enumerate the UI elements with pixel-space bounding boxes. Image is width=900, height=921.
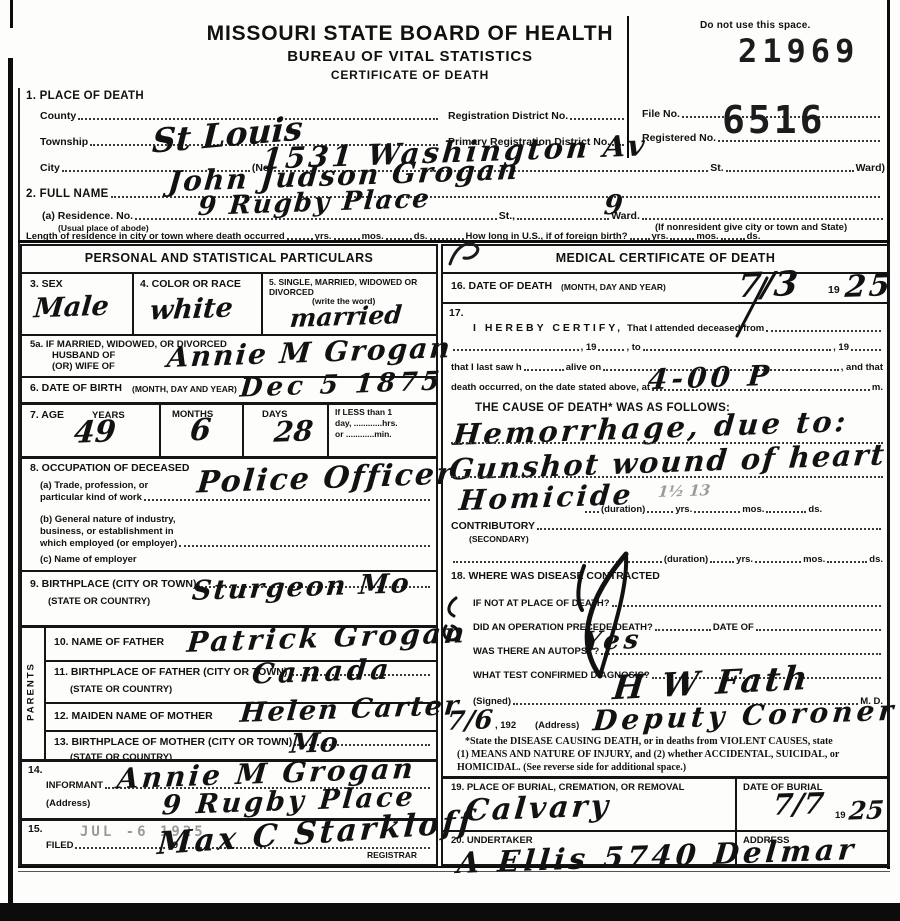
operation-date-label: DATE OF (713, 622, 754, 633)
age-less-line1: If LESS than 1 (335, 407, 392, 417)
residence-tail-dotted-line (642, 216, 883, 220)
contrib-duration-label: (duration) (664, 554, 708, 565)
contrib-dots-4 (827, 559, 867, 563)
footnote-line-3: HOMICIDAL. (See reverse side for additio… (457, 762, 885, 773)
len-yrs-label: yrs. (315, 231, 332, 242)
q18-sub-row: IF NOT AT PLACE OF DEATH? (473, 598, 883, 609)
dob-note: (MONTH, DAY AND YEAR) (132, 384, 237, 394)
date-of-death-year-handwritten: 25 (844, 271, 894, 303)
father-name-label: 10. NAME OF FATHER (54, 636, 164, 648)
contributory-note: (SECONDARY) (469, 534, 529, 544)
spouse-label-3: (OR) WIFE OF (52, 361, 115, 372)
burial-year-prefix: 19 (835, 810, 846, 821)
sex-value-handwritten: Male (33, 293, 110, 323)
cause-dur-dots-1 (647, 509, 673, 513)
residence-label: (a) Residence. No. (42, 210, 133, 222)
registration-district-row: Registration District No. (448, 110, 626, 122)
age-label: 7. AGE (30, 409, 64, 421)
cause-ds-label: ds. (808, 504, 822, 515)
occupation-a-dotted (144, 497, 430, 501)
pen-scribble-date-slash (735, 276, 771, 338)
len-dots-6 (670, 236, 694, 240)
scan-bottom-black-bar (0, 903, 900, 921)
certify-text-4b: m. (872, 382, 883, 393)
ward-dotted-line (726, 168, 854, 172)
full-name-row: 2. FULL NAME (26, 188, 882, 200)
occupation-b-line3: which employed (or employer) (40, 538, 177, 549)
residence-length-label: Length of residence in city or town wher… (26, 231, 285, 242)
township-label: Township (40, 136, 88, 148)
len-dots-5 (630, 236, 650, 240)
mother-birthplace-row: 13. BIRTHPLACE OF MOTHER (CITY OR TOWN) (54, 736, 432, 748)
operation-dots-1 (655, 627, 711, 631)
certify-text-3c: , and that (841, 362, 883, 373)
contrib-dots-2 (710, 559, 734, 563)
certify-text-2c: , 19 (833, 342, 849, 353)
registration-district-dotted-line (570, 116, 624, 120)
sign-address-handwritten: Deputy Coroner (592, 697, 899, 736)
burial-year-handwritten: 25 (848, 797, 885, 823)
father-name-handwritten: Patrick Grogan (186, 619, 469, 657)
dob-label: 6. DATE OF BIRTH (30, 382, 122, 394)
contributory-label: CONTRIBUTORY (451, 520, 535, 532)
len-dots-3 (386, 236, 412, 240)
cause-mos-label: mos. (742, 504, 764, 515)
bureau-subtitle: BUREAU OF VITAL STATISTICS (180, 48, 640, 65)
len-dots-7 (721, 236, 745, 240)
contrib-dots-3 (755, 559, 801, 563)
mother-name-label: 12. MAIDEN NAME OF MOTHER (54, 710, 213, 722)
time-of-death-handwritten: 4-00 P (647, 362, 774, 394)
len-mos-label: mos. (362, 231, 384, 242)
registered-number-stamp: 6516 (722, 98, 826, 142)
contributory-duration-row: (duration) yrs. mos. ds. (451, 554, 883, 565)
date-of-death-note: (MONTH, DAY AND YEAR) (561, 282, 666, 292)
cause-dur-dots-3 (766, 509, 806, 513)
registration-district-label: Registration District No. (448, 110, 568, 122)
full-name-label: 2. FULL NAME (26, 188, 109, 200)
residence-st-label: St., (499, 210, 515, 222)
len-dots-1 (287, 236, 313, 240)
parents-vertical-label: PARENTS (26, 637, 37, 747)
us-yrs-label: yrs. (652, 231, 669, 242)
race-label: 4. COLOR OR RACE (140, 278, 241, 290)
sign-year-prefix: , 192 (495, 720, 516, 731)
occupation-label: 8. OCCUPATION OF DECEASED (30, 462, 189, 474)
certify-number: 17. (449, 307, 464, 319)
occupation-b-line1: (b) General nature of industry, (40, 514, 175, 525)
occupation-b-dotted (179, 543, 430, 547)
certify-text-4a: death occurred, on the date stated above… (451, 382, 650, 393)
mother-birthplace-label: 13. BIRTHPLACE OF MOTHER (CITY OR TOWN) (54, 736, 292, 748)
pen-scribble-medical-header (446, 238, 490, 268)
certify-dots-2d (851, 347, 881, 351)
place-of-death-section-label: 1. PLACE OF DEATH (26, 90, 144, 102)
age-months-handwritten: 6 (189, 416, 212, 447)
father-birthplace-note: (STATE OR COUNTRY) (70, 684, 172, 695)
certify-dots-2c (643, 347, 831, 351)
len-ds-label: ds. (414, 231, 428, 242)
burial-place-handwritten: Calvary (464, 791, 612, 826)
residence-row: (a) Residence. No. St., Ward. (42, 210, 885, 222)
certificate-subtitle: CERTIFICATE OF DEATH (180, 68, 640, 82)
spouse-value-handwritten: Annie M Grogan (166, 334, 453, 372)
age-years-handwritten: 49 (73, 417, 117, 449)
spouse-label-2: HUSBAND OF (52, 350, 115, 361)
operation-dots-2 (756, 627, 881, 631)
birthplace-value-handwritten: Sturgeon Mo (191, 570, 412, 605)
death-certificate-scan: MISSOURI STATE BOARD OF HEALTH BUREAU OF… (0, 0, 900, 921)
date-of-death-label: 16. DATE OF DEATH (451, 280, 552, 292)
us-mos-label: mos. (696, 231, 718, 242)
street-st-label: St. (710, 162, 723, 174)
columns-bottom-rule-2 (18, 871, 890, 872)
age-less-line2: day, ............hrs. (335, 418, 398, 428)
filed-dotted-1 (75, 845, 165, 849)
contrib-yrs-label: yrs. (736, 554, 753, 565)
certify-line-2: , 19 , to , 19 (451, 342, 883, 353)
do-not-use-note: Do not use this space. (700, 20, 880, 31)
scan-edge-left-bar (8, 58, 13, 905)
certify-lead: I HEREBY CERTIFY, (473, 322, 623, 334)
occupation-b-row: which employed (or employer) (40, 538, 432, 549)
operation-row: DID AN OPERATION PRECEDE DEATH? DATE OF (473, 622, 883, 633)
father-birthplace-handwritten: Canada (251, 655, 394, 688)
birthplace-note: (STATE OR COUNTRY) (48, 596, 150, 607)
contributory-dots (537, 526, 881, 530)
us-ds-label: ds. (747, 231, 761, 242)
cause-duration-label: (duration) (601, 504, 645, 515)
sex-label: 3. SEX (30, 278, 63, 290)
certify-dots-2b (598, 347, 624, 351)
filed-number: 15. (28, 823, 43, 835)
county-label: County (40, 110, 76, 122)
pen-scribble-margin-marks (440, 596, 466, 642)
marital-label: 5. SINGLE, MARRIED, WIDOWED OR DIVORCED (269, 277, 431, 297)
residence-street-handwritten: 9 Rugby Place (197, 186, 432, 220)
dob-value-handwritten: Dec 5 1875 (239, 368, 445, 401)
occupation-a-line2: particular kind of work (40, 492, 142, 503)
certify-dots-2a (453, 347, 579, 351)
footnote-line-2: (1) MEANS AND NATURE OF INJURY, and (2) … (457, 749, 885, 760)
informant-address-label: (Address) (46, 798, 90, 809)
occupation-a-line1: (a) Trade, profession, or (40, 480, 148, 491)
medical-certificate-box: MEDICAL CERTIFICATE OF DEATH 16. DATE OF… (441, 244, 890, 866)
residence-ward-handwritten: 9 (603, 192, 624, 220)
autopsy-row: WAS THERE AN AUTOPSY? (473, 646, 883, 657)
mother-birthplace-handwritten: Mo (289, 729, 339, 758)
contrib-mos-label: mos. (803, 554, 825, 565)
burial-date-handwritten: 7/7 (772, 789, 825, 820)
cause-dur-dots-2 (694, 509, 740, 513)
city-label: City (40, 162, 60, 174)
age-days-handwritten: 28 (273, 417, 314, 446)
cause-duration-faint-pencil: 1½ 13 (657, 483, 710, 500)
ward-close-label: Ward) (856, 162, 885, 174)
personal-header: PERSONAL AND STATISTICAL PARTICULARS (22, 251, 436, 265)
personal-particulars-box: PERSONAL AND STATISTICAL PARTICULARS 3. … (20, 244, 438, 866)
page-title: MISSOURI STATE BOARD OF HEALTH (180, 22, 640, 46)
mother-name-handwritten: Helen Carter (239, 692, 461, 727)
certify-dots-1 (766, 328, 881, 332)
medical-header: MEDICAL CERTIFICATE OF DEATH (443, 251, 888, 265)
filed-label: FILED (46, 840, 73, 851)
registered-no-label: Registered No. (642, 132, 716, 144)
footnote-line-1: *State the DISEASE CAUSING DEATH, or in … (465, 736, 885, 747)
occupation-c-label: (c) Name of employer (40, 554, 137, 565)
file-no-label: File No. (642, 108, 680, 120)
certificate-number-stamp: 21969 (738, 32, 859, 70)
contributory-row: CONTRIBUTORY (451, 520, 883, 532)
len-dots-2 (334, 236, 360, 240)
birthplace-label: 9. BIRTHPLACE (CITY OR TOWN) (30, 578, 196, 590)
race-value-handwritten: white (149, 295, 234, 325)
pen-scribble-q18-large (548, 548, 658, 680)
registrar-label: REGISTRAR (367, 850, 417, 860)
informant-label: INFORMANT (46, 780, 103, 791)
cause-yrs-label: yrs. (675, 504, 692, 515)
cause-dotted-2 (451, 476, 883, 478)
sign-address-label: (Address) (535, 720, 579, 731)
certify-text-2a: , 19 (581, 342, 597, 353)
marital-value-handwritten: married (289, 302, 403, 331)
occupation-b-line2: business, or establishment in (40, 526, 174, 537)
certify-text-2b: , to (626, 342, 640, 353)
sign-date-handwritten: 7/6 (446, 707, 494, 735)
age-less-line3: or ............min. (335, 429, 392, 439)
date-of-death-year-prefix: 19 (828, 284, 840, 296)
contrib-ds-label: ds. (869, 554, 883, 565)
residence-ward-dotted-line (517, 216, 609, 220)
scan-edge-top-tick (10, 0, 13, 28)
occupation-value-handwritten: Police Officer (196, 459, 455, 498)
certify-text-3b: alive on (566, 362, 601, 373)
certify-line-1: I HEREBY CERTIFY, That I attended deceas… (473, 322, 883, 334)
certify-text-3a: that I last saw h (451, 362, 522, 373)
informant-number: 14. (28, 764, 43, 776)
cause-dur-dots-0 (585, 509, 599, 513)
cause-duration-row: (duration) yrs. mos. ds. (583, 504, 883, 515)
certify-dots-3a (524, 367, 564, 371)
